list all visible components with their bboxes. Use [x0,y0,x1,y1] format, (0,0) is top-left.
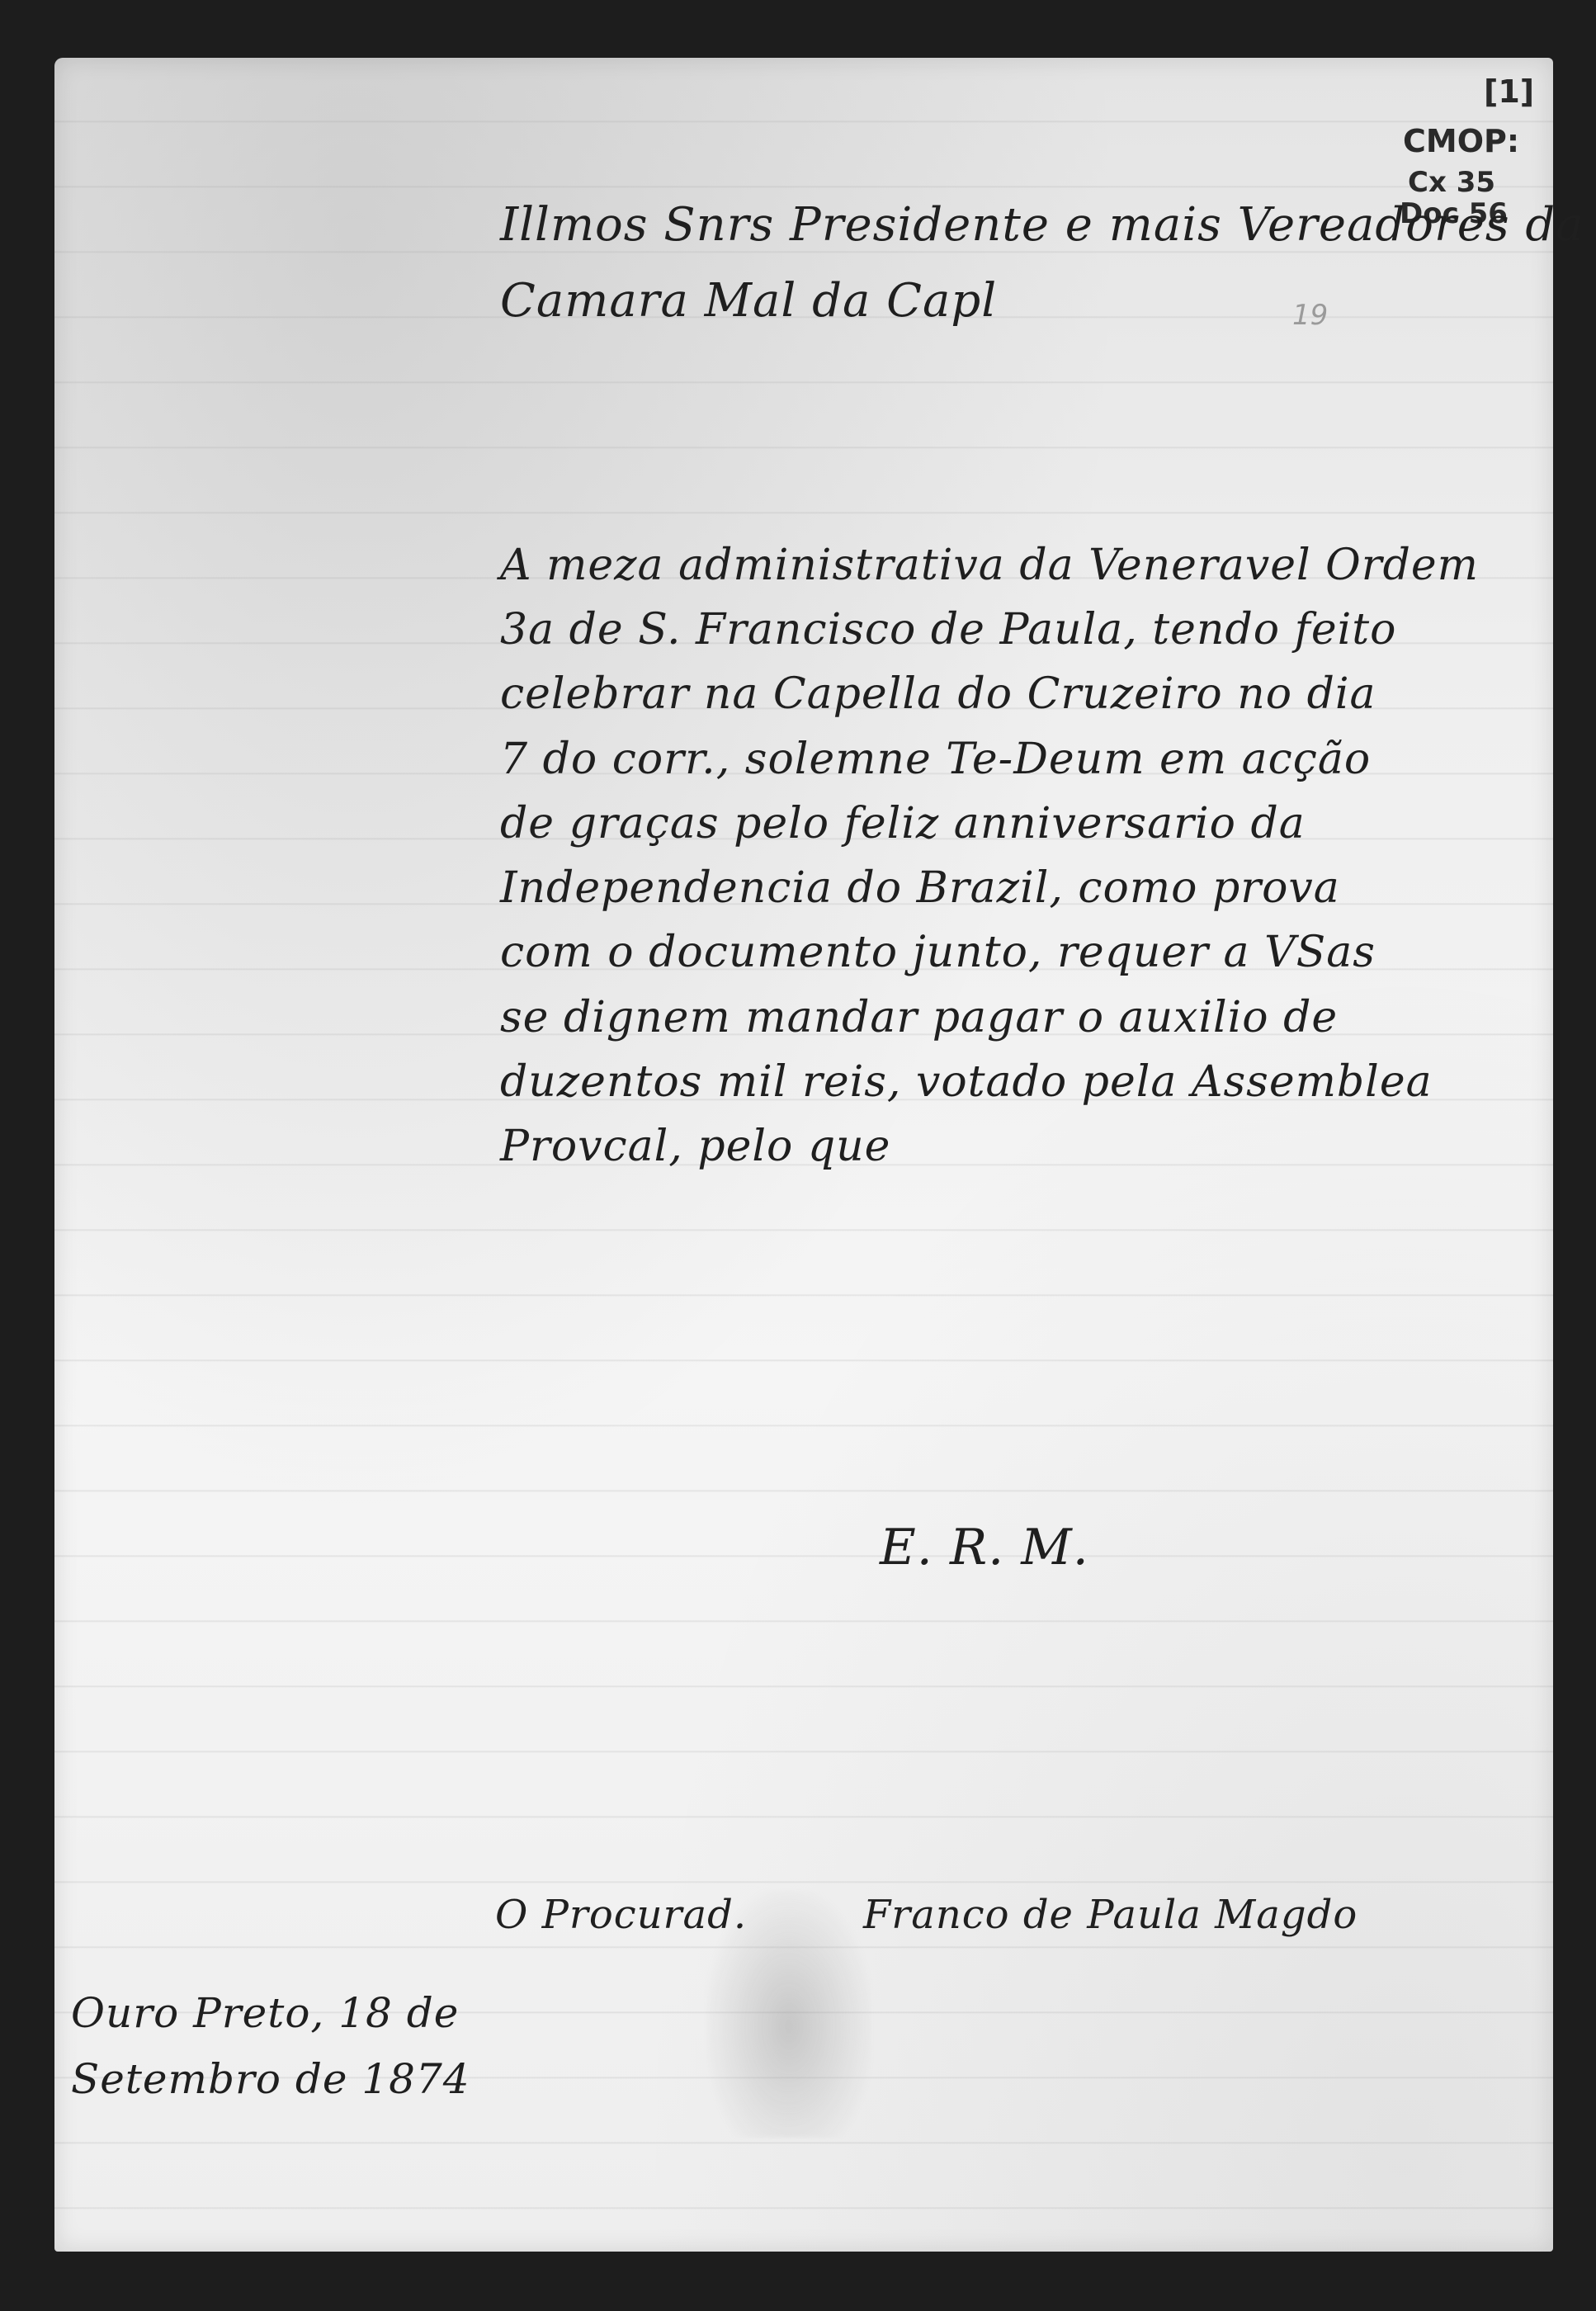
body-line-1: A meza administrativa da Veneravel Ordem [500,541,1479,590]
body-line-7: com o documento junto, requer a VSas [500,928,1376,977]
archive-collection-label: CMOP: [1403,125,1519,158]
body-line-4: 7 do corr., solemne Te-Deum em acção [500,735,1371,784]
body-line-3: celebrar na Capella do Cruzeiro no dia [500,669,1376,719]
pencil-folio-number: 19 [1292,299,1328,332]
closing-formula: E. R. M. [880,1519,1089,1576]
salutation-line-2: Camara Mal da Capl [500,274,997,328]
archive-box-label: Cx 35 [1408,168,1495,198]
archive-bracket-number: [1] [1484,76,1534,109]
body-line-2: 3a de S. Francisco de Paula, tendo feito [500,605,1396,655]
body-line-9: duzentos mil reis, votado pela Assemblea [500,1057,1433,1107]
place-date-line-1: Ouro Preto, 18 de [71,1989,459,2037]
signatory-name: Franco de Paula Magdo [863,1892,1358,1938]
body-line-10: Provcal, pelo que [500,1122,890,1171]
signatory-title: O Procurad. [495,1892,747,1938]
body-line-5: de graças pelo feliz anniversario da [500,799,1306,848]
salutation-line-1: Illmos Snrs Presidente e mais Vereadores… [500,198,1584,252]
body-line-6: Independencia do Brazil, como prova [500,863,1340,913]
body-line-8: se dignem mandar pagar o auxilio de [500,993,1338,1042]
place-date-line-2: Setembro de 1874 [71,2055,470,2103]
manuscript-page: [1] CMOP: Cx 35 Doc 56 19 Illmos Snrs Pr… [54,58,1553,2252]
